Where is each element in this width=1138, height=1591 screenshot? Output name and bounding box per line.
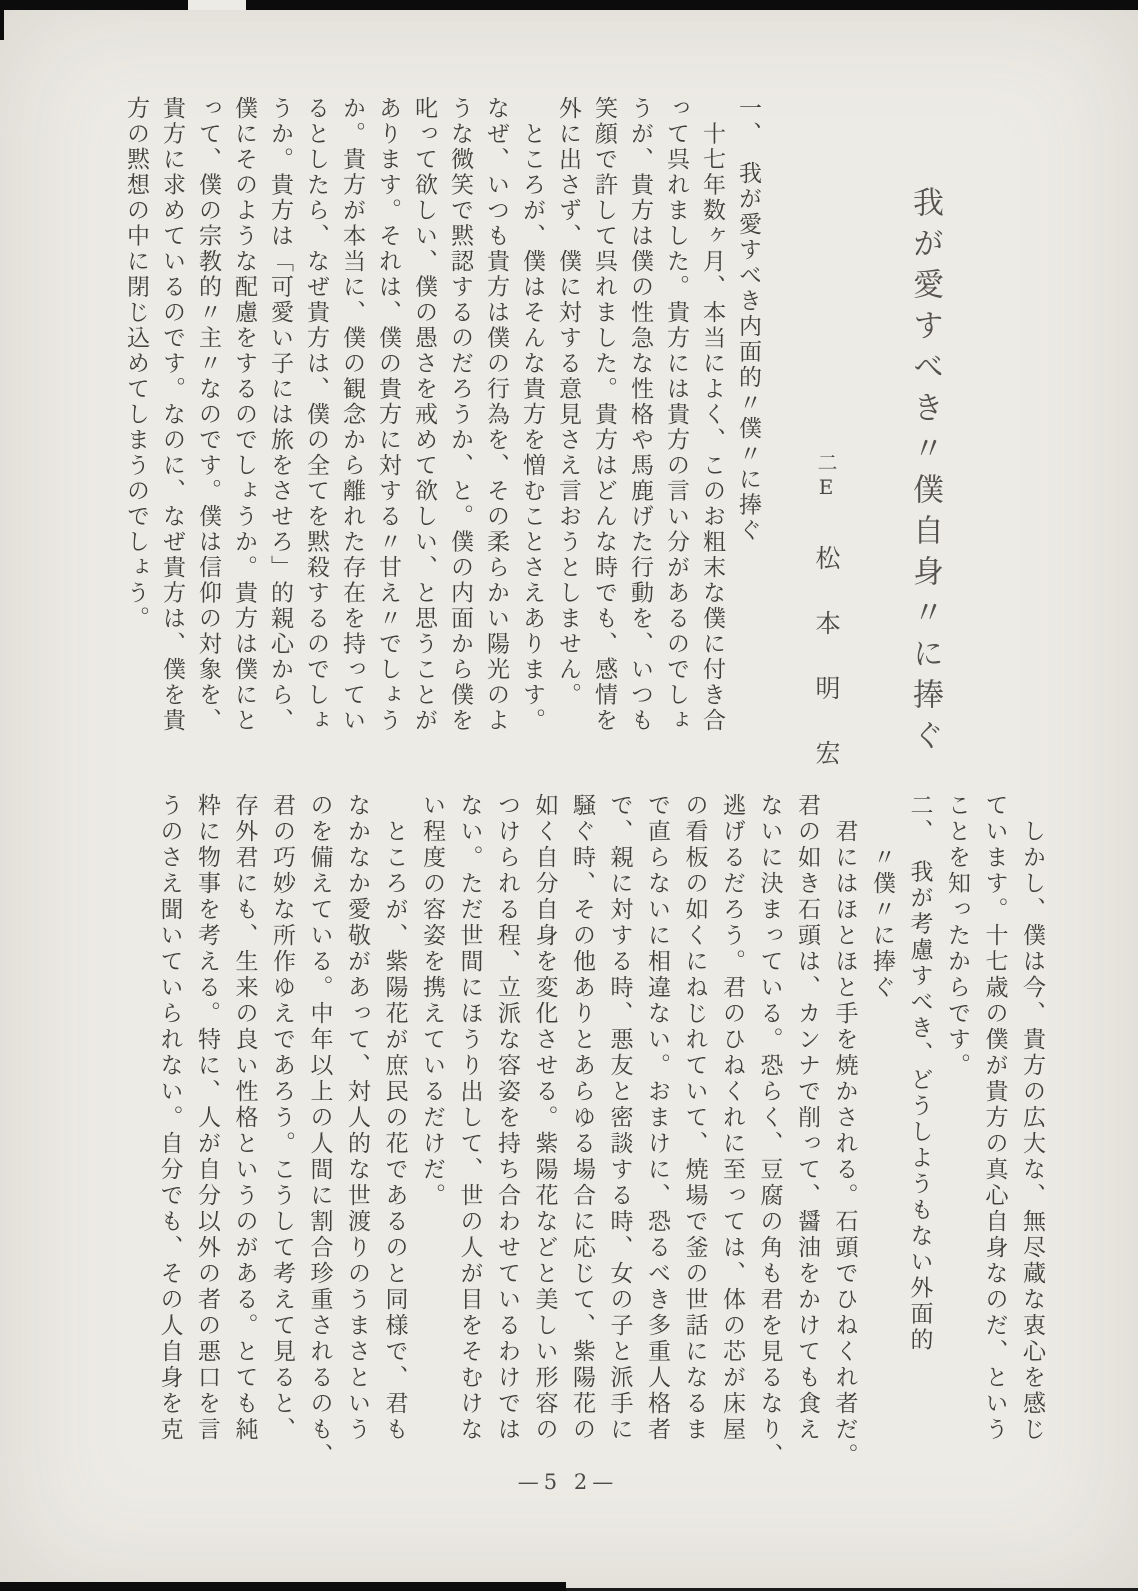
text-line: で直らないに相違ない。おまけに、恐るべき多重人格者 [638, 793, 676, 1485]
text-line: ところが、紫陽花が庶民の花であるのと同様で、君も [375, 793, 413, 1485]
text-line: 〃僕〃に捧ぐ [863, 793, 901, 1485]
text-line: ないに決まっている。恐らく、豆腐の角も君を見るなり、 [750, 793, 788, 1485]
text-line: 十七年数ヶ月、本当によく、このお粗末な僕に付き合 [694, 96, 730, 756]
text-line: うが、貴方は僕の性急な性格や馬鹿げた行動を、いつも [622, 96, 658, 756]
text-line: ところが、僕はそんな貴方を憎むことさえあります。 [514, 96, 550, 756]
page-title: 我が愛すべき〃僕自身〃に捧ぐ [903, 186, 948, 806]
text-line: なぜ、いつも貴方は僕の行為を、その柔らかい陽光のよ [478, 96, 514, 756]
text-line: ことを知ったからです。 [938, 793, 976, 1485]
text-line: ない。ただ世間にほうり出して、世の人が目をそむけな [450, 793, 488, 1485]
scan-artifact-left-edge [0, 8, 4, 40]
text-line: 粋に物事を考える。特に、人が自分以外の者の悪口を言 [188, 793, 226, 1485]
text-line: のを備えている。中年以上の人間に割合珍重されるのも、 [300, 793, 338, 1485]
text-line: うか。貴方は「可愛い子には旅をさせろ」的親心から、 [262, 96, 298, 756]
text-line: なかなか愛敬があって、対人的な世渡りのうまさという [338, 793, 376, 1485]
text-line: うな微笑で黙認するのだろうか、と。僕の内面から僕を [442, 96, 478, 756]
scan-artifact-top-notch [188, 0, 246, 10]
author-name: 松本明宏 [812, 545, 841, 805]
text-line: るとしたら、なぜ貴方は、僕の全てを黙殺するのでしょ [298, 96, 334, 756]
text-line: あります。それは、僕の貴方に対する〃甘え〃でしょう [370, 96, 406, 756]
text-line: つけられる程、立派な容姿を持ち合わせているわけでは [488, 793, 526, 1485]
text-line: 君の巧妙な所作ゆえであろう。こうして考えて見ると、 [263, 793, 301, 1485]
text-line: 貴方に求めているのです。なのに、なぜ貴方は、僕を貴 [154, 96, 190, 756]
text-line: 外に出さず、僕に対する意見さえ言おうとしません。 [550, 96, 586, 756]
text-line: って呉れました。貴方には貴方の言い分があるのでしょ [658, 96, 694, 756]
text-line: って、僕の宗教的〃主〃なのです。僕は信仰の対象を、 [190, 96, 226, 756]
text-line: 騒ぐ時、その他ありとあらゆる場合に応じて、紫陽花の [563, 793, 601, 1485]
text-line: 一、 我が愛すべき内面的〃僕〃に捧ぐ [730, 96, 766, 756]
text-line: の看板の如くにねじれていて、焼場で釜の世話になるま [675, 793, 713, 1485]
page-number: —5 2— [478, 1470, 658, 1494]
text-line: しかし、僕は今、貴方の広大な、無尽蔵な衷心を感じ [1013, 793, 1051, 1485]
text-line: 僕にそのような配慮をするのでしょうか。貴方は僕にと [226, 96, 262, 756]
text-line: 逃げるだろう。君のひねくれに至っては、体の芯が床屋 [713, 793, 751, 1485]
text-line: 二、 我が考慮すべき、どうしようもない外面的 [900, 793, 938, 1485]
text-line: 君にはほとほと手を焼かされる。石頭でひねくれ者だ。 [825, 793, 863, 1485]
section-one-text: 一、 我が愛すべき内面的〃僕〃に捧ぐ 十七年数ヶ月、本当によく、このお粗末な僕に… [118, 96, 766, 756]
text-line: か。貴方が本当に、僕の観念から離れた存在を持ってい [334, 96, 370, 756]
author-class-label: 二E [814, 452, 838, 502]
magazine-page: 我が愛すべき〃僕自身〃に捧ぐ 二E 松本明宏 一、 我が愛すべき内面的〃僕〃に捧… [0, 0, 1138, 1591]
text-line: 叱って欲しい、僕の愚さを戒めて欲しい、と思うことが [406, 96, 442, 756]
text-line: 如く自分自身を変化させる。紫陽花などと美しい形容の [525, 793, 563, 1485]
text-line: 君の如き石頭は、カンナで削って、醤油をかけても食え [788, 793, 826, 1485]
text-line: うのさえ聞いていられない。自分でも、その人自身を克 [150, 793, 188, 1485]
scan-artifact-bottom-bar [0, 1582, 566, 1591]
text-line: 笑顔で許して呉れました。貴方はどんな時でも、感情を [586, 96, 622, 756]
scan-artifact-top-bar [0, 0, 1138, 10]
text-line: 存外君にも、生来の良い性格というのがある。とても純 [225, 793, 263, 1485]
section-two-text: しかし、僕は今、貴方の広大な、無尽蔵な衷心を感じ ています。十七歳の僕が貴方の真… [150, 793, 1050, 1485]
text-line: い程度の容姿を携えているだけだ。 [413, 793, 451, 1485]
text-line: で、親に対する時、悪友と密談する時、女の子と派手に [600, 793, 638, 1485]
text-line: 方の黙想の中に閉じ込めてしまうのでしょう。 [118, 96, 154, 756]
text-line: ています。十七歳の僕が貴方の真心自身なのだ、という [975, 793, 1013, 1485]
